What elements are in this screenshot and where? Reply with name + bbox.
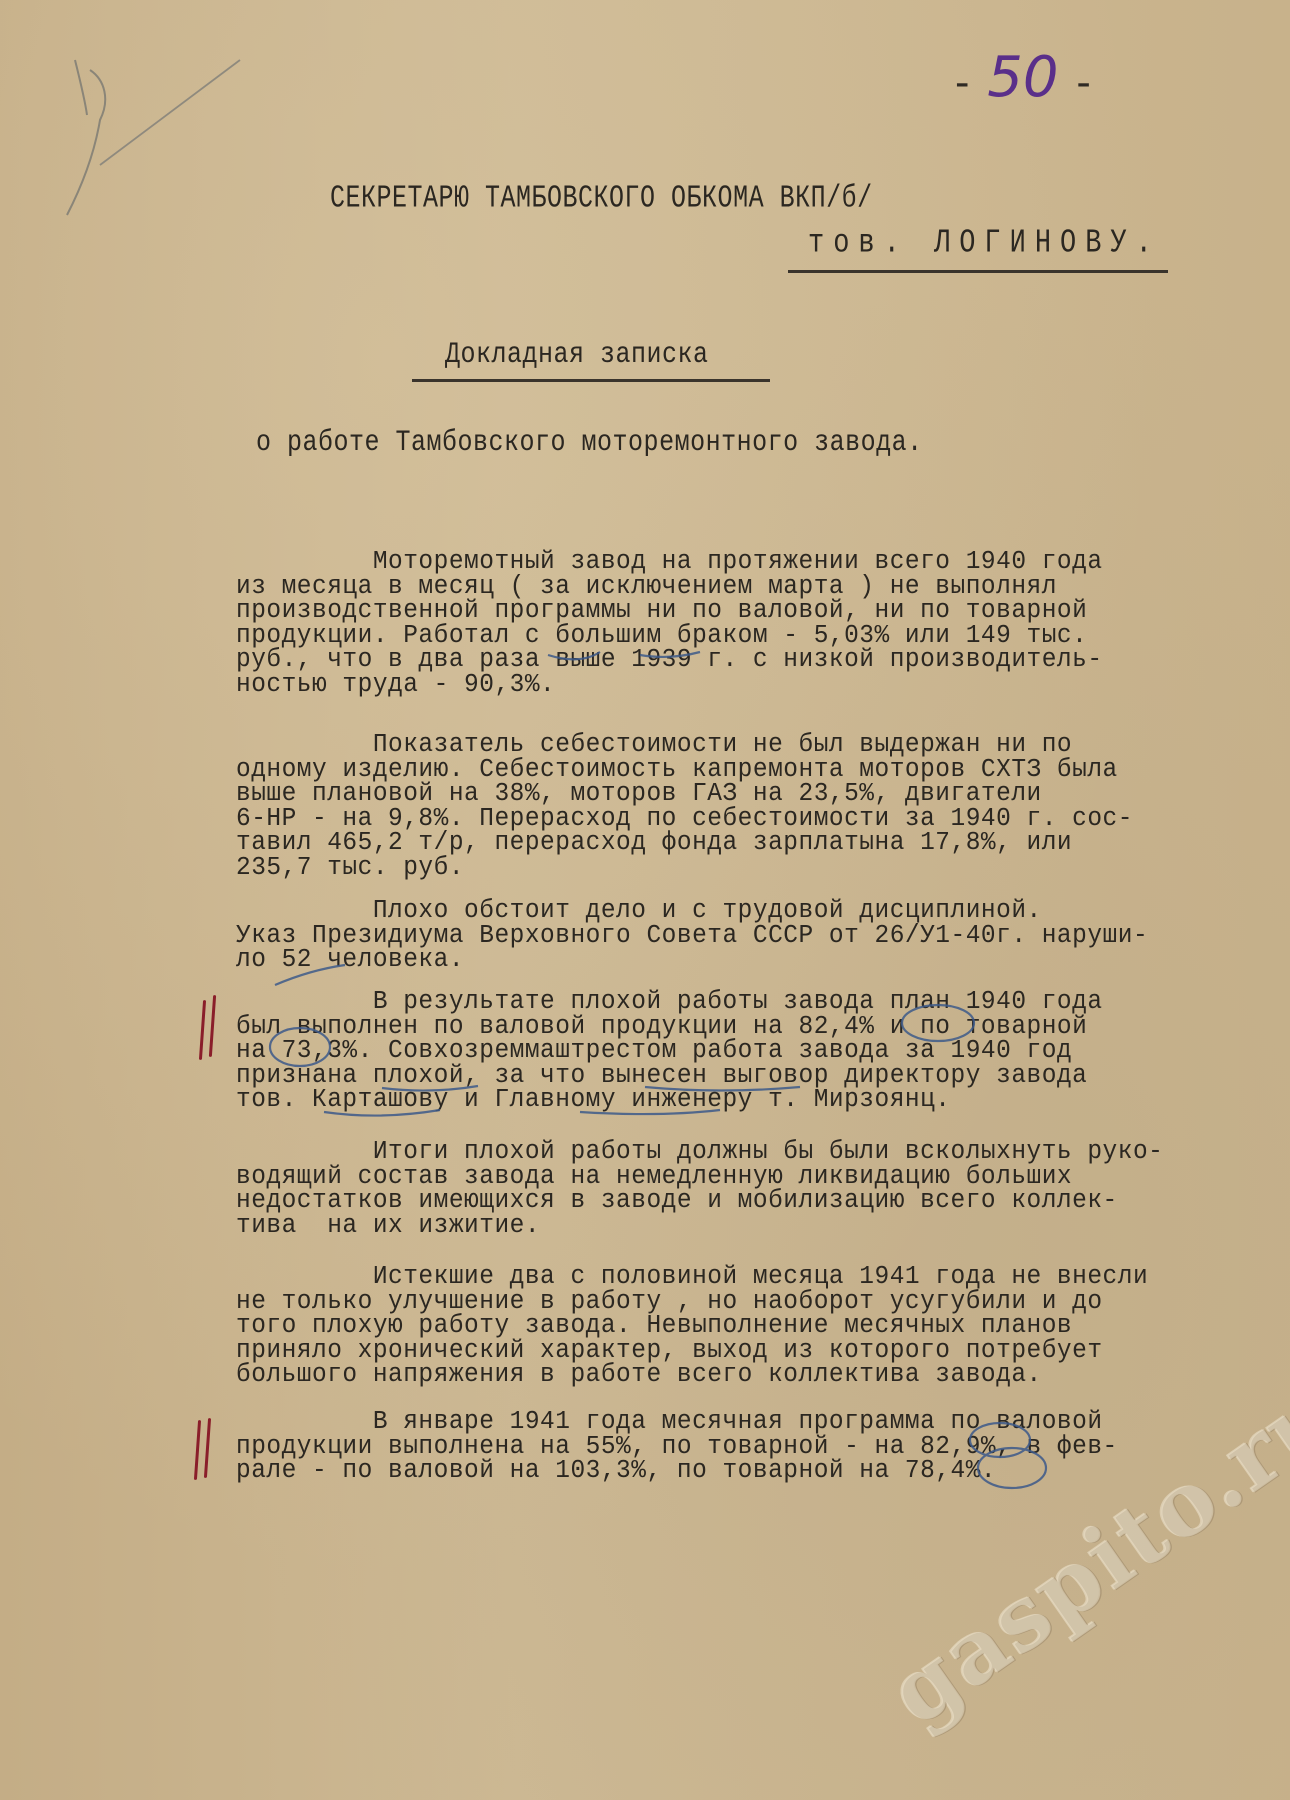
paragraph-line: руб., что в два раза выше 1939 г. с низк…: [236, 648, 1290, 674]
paragraph-line: Истекшие два с половиной месяца 1941 год…: [236, 1265, 1290, 1291]
paragraph-line: производственной программы ни по валовой…: [236, 599, 1290, 625]
paragraph-line: тавил 465,2 т/р, перерасход фонда зарпла…: [236, 831, 1290, 857]
paragraph-line: выше плановой на 38%, моторов ГАЗ на 23,…: [236, 782, 1290, 808]
pencil-annotation-mark: [55, 40, 245, 220]
paragraph-line: тов. Карташову и Главному инженеру т. Ми…: [236, 1088, 1290, 1114]
margin-mark-red: [209, 995, 216, 1057]
paragraph-line: ностью труда - 90,3%.: [236, 673, 1290, 699]
page-number-dash-left: -: [955, 60, 969, 106]
paragraph-line: на 73,3%. Совхозреммаштрестом работа зав…: [236, 1039, 1290, 1065]
paragraph-7: В январе 1941 года месячная программа по…: [236, 1410, 1290, 1484]
paragraph-line: недостатков имеющихся в заводе и мобилиз…: [236, 1189, 1290, 1215]
document-subtitle: о работе Тамбовского моторемонтного заво…: [256, 425, 923, 460]
paragraph-line: Плохо обстоит дело и с трудовой дисципли…: [236, 899, 1290, 925]
paragraph-5: Итоги плохой работы должны бы были вскол…: [236, 1140, 1290, 1238]
paragraph-line: большого напряжения в работе всего колле…: [236, 1363, 1290, 1389]
paragraph-4: В результате плохой работы завода план 1…: [236, 990, 1290, 1113]
addressee-line-2: тов. ЛОГИНОВУ.: [808, 225, 1161, 263]
addressee-underline: [788, 270, 1168, 273]
title-underline: [412, 379, 770, 382]
margin-mark-red: [194, 1420, 201, 1480]
page-number-dash-right: -: [1076, 60, 1090, 106]
page-number-value: 50: [987, 45, 1058, 110]
paragraph-line: В январе 1941 года месячная программа по…: [236, 1410, 1290, 1436]
paragraph-line: Моторемотный завод на протяжении всего 1…: [236, 550, 1290, 576]
paragraph-line: В результате плохой работы завода план 1…: [236, 990, 1290, 1016]
addressee-line-1: СЕКРЕТАРЮ ТАМБОВСКОГО ОБКОМА ВКП/б/: [330, 180, 873, 216]
paragraph-2: Показатель себестоимости не был выдержан…: [236, 733, 1290, 880]
paragraph-line: того плохую работу завода. Невыполнение …: [236, 1314, 1290, 1340]
paragraph-line: ло 52 человека.: [236, 948, 1290, 974]
paragraph-1: Моторемотный завод на протяжении всего 1…: [236, 550, 1290, 697]
paragraph-line: Показатель себестоимости не был выдержан…: [236, 733, 1290, 759]
paragraph-6: Истекшие два с половиной месяца 1941 год…: [236, 1265, 1290, 1388]
paragraph-line: Итоги плохой работы должны бы были вскол…: [236, 1140, 1290, 1166]
paragraph-line: тива на их изжитие.: [236, 1214, 1290, 1240]
paragraph-line: 235,7 тыс. руб.: [236, 856, 1290, 882]
margin-mark-red: [199, 1000, 206, 1060]
page-number: - 50 -: [955, 45, 1091, 110]
margin-mark-red: [204, 1418, 211, 1478]
paragraph-3: Плохо обстоит дело и с трудовой дисципли…: [236, 899, 1290, 973]
document-title: Докладная записка: [445, 337, 709, 372]
